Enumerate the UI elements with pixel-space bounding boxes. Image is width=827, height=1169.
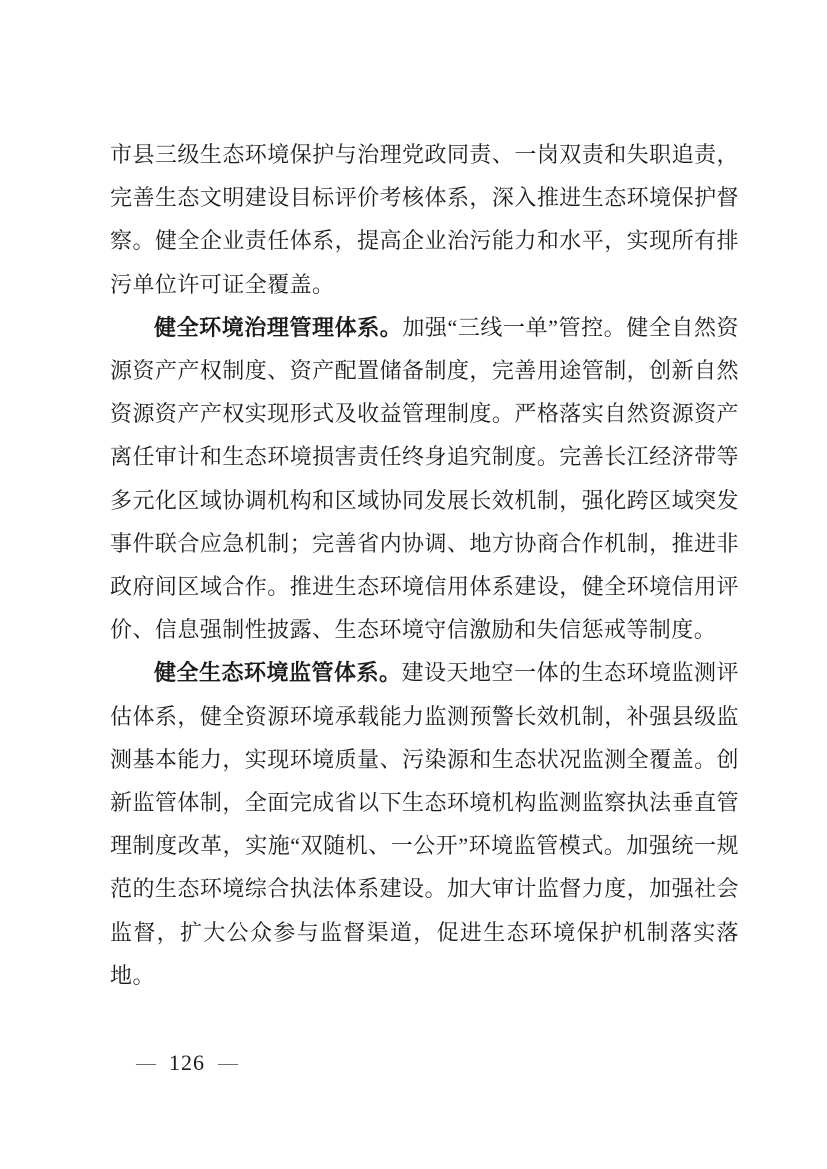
document-page: 市县三级生态环境保护与治理党政同责、一岗双责和失职追责，完善生态文明建设目标评价… xyxy=(0,0,827,1169)
footer-dash-right: — xyxy=(218,1049,238,1077)
page-number: 126 xyxy=(169,1049,205,1077)
document-body: 市县三级生态环境保护与治理党政同责、一岗双责和失职追责，完善生态文明建设目标评价… xyxy=(110,133,739,997)
paragraph-heading: 健全环境治理管理体系。 xyxy=(154,315,402,340)
paragraph-text: 加强“三线一单”管控。健全自然资源资产产权制度、资产配置储备制度，完善用途管制，… xyxy=(110,315,739,642)
paragraph-heading: 健全生态环境监管体系。 xyxy=(154,660,402,685)
paragraph-text: 市县三级生态环境保护与治理党政同责、一岗双责和失职追责，完善生态文明建设目标评价… xyxy=(110,142,739,297)
paragraph-environment-governance: 健全环境治理管理体系。加强“三线一单”管控。健全自然资源资产产权制度、资产配置储… xyxy=(110,306,739,652)
paragraph-environment-supervision: 健全生态环境监管体系。建设天地空一体的生态环境监测评估体系，健全资源环境承载能力… xyxy=(110,651,739,997)
footer-dash-left: — xyxy=(136,1049,156,1077)
paragraph-continuation: 市县三级生态环境保护与治理党政同责、一岗双责和失职追责，完善生态文明建设目标评价… xyxy=(110,133,739,306)
page-footer: — 126 — xyxy=(136,1049,238,1077)
paragraph-text: 建设天地空一体的生态环境监测评估体系，健全资源环境承载能力监测预警长效机制，补强… xyxy=(110,660,739,987)
